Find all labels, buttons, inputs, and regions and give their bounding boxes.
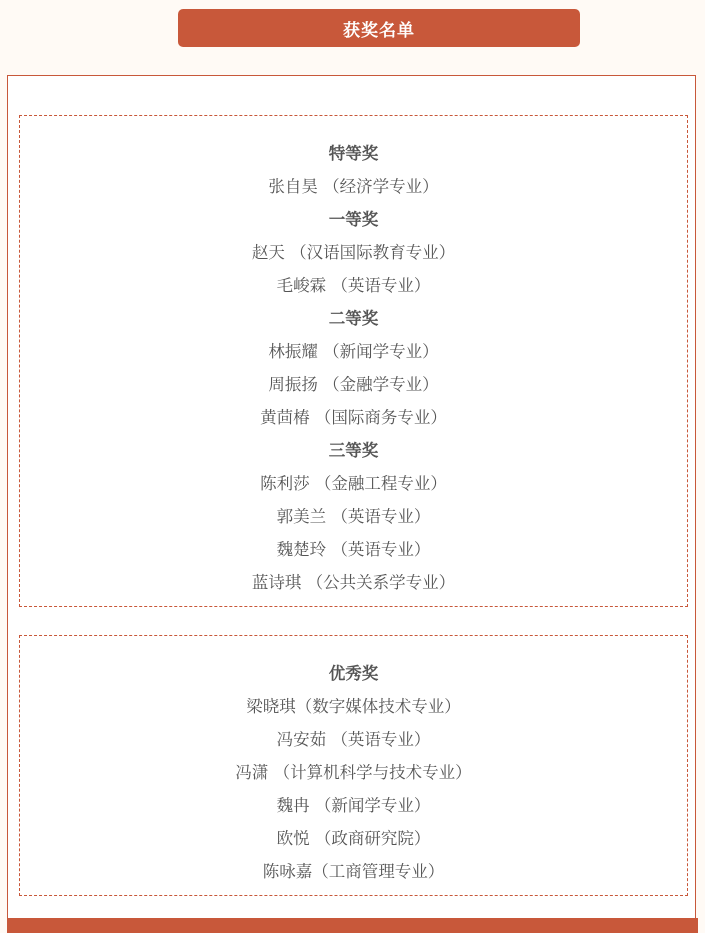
award-heading-second: 二等奖 — [20, 302, 687, 335]
winner-item: 张自昊 （经济学专业） — [20, 170, 687, 203]
footer-divider-bar — [7, 918, 698, 933]
winner-item: 毛峻霖 （英语专业） — [20, 269, 687, 302]
winner-item: 黄茴椿 （国际商务专业） — [20, 401, 687, 434]
winner-item: 陈利莎 （金融工程专业） — [20, 467, 687, 500]
winner-item: 冯安茹 （英语专业） — [20, 723, 687, 756]
winner-item: 郭美兰 （英语专业） — [20, 500, 687, 533]
winner-item: 欧悦 （政商研究院） — [20, 822, 687, 855]
winner-item: 梁晓琪（数字媒体技术专业） — [20, 690, 687, 723]
winner-item: 魏冉 （新闻学专业） — [20, 789, 687, 822]
main-awards-box: 特等奖 张自昊 （经济学专业） 一等奖 赵天 （汉语国际教育专业） 毛峻霖 （英… — [19, 115, 688, 607]
winner-item: 陈咏嘉（工商管理专业） — [20, 855, 687, 888]
award-heading-special: 特等奖 — [20, 137, 687, 170]
award-heading-third: 三等奖 — [20, 434, 687, 467]
award-list-title: 获奖名单 — [178, 9, 580, 47]
winner-item: 蓝诗琪 （公共关系学专业） — [20, 566, 687, 599]
winner-item: 赵天 （汉语国际教育专业） — [20, 236, 687, 269]
winner-item: 冯潇 （计算机科学与技术专业） — [20, 756, 687, 789]
award-heading-merit: 优秀奖 — [20, 657, 687, 690]
award-heading-first: 一等奖 — [20, 203, 687, 236]
merit-awards-box: 优秀奖 梁晓琪（数字媒体技术专业） 冯安茹 （英语专业） 冯潇 （计算机科学与技… — [19, 635, 688, 896]
winner-item: 魏楚玲 （英语专业） — [20, 533, 687, 566]
winner-item: 周振扬 （金融学专业） — [20, 368, 687, 401]
winner-item: 林振耀 （新闻学专业） — [20, 335, 687, 368]
award-list-container: 特等奖 张自昊 （经济学专业） 一等奖 赵天 （汉语国际教育专业） 毛峻霖 （英… — [7, 75, 696, 933]
